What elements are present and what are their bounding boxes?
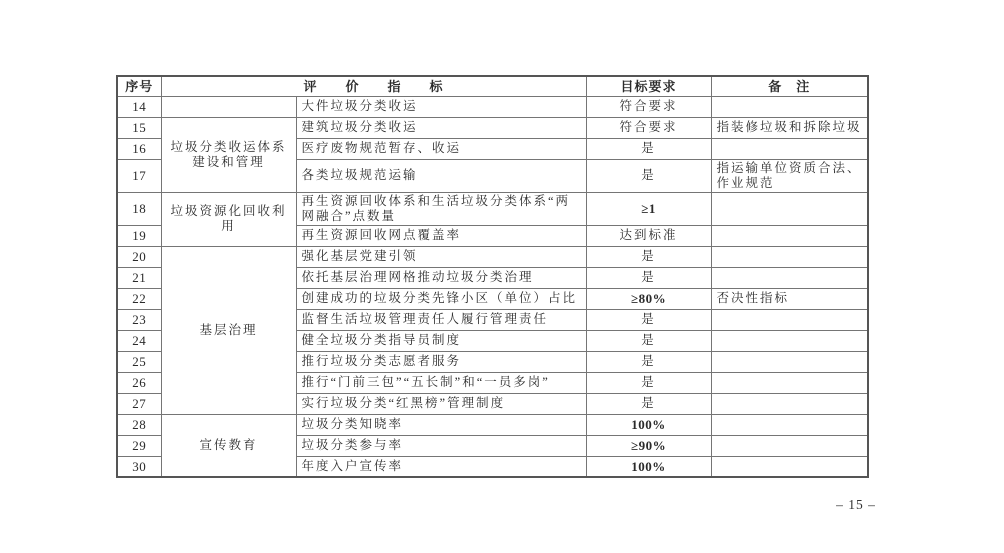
- seq-cell: 17: [117, 159, 161, 192]
- seq-cell: 30: [117, 456, 161, 477]
- indicator-cell: 实行垃圾分类“红黑榜”管理制度: [296, 393, 586, 414]
- target-cell: 是: [586, 351, 711, 372]
- target-cell: ≥90%: [586, 435, 711, 456]
- category-cell: 垃圾分类收运体系建设和管理: [161, 117, 296, 192]
- target-cell: 是: [586, 267, 711, 288]
- indicator-cell: 依托基层治理网格推动垃圾分类治理: [296, 267, 586, 288]
- indicator-cell: 垃圾分类知晓率: [296, 414, 586, 435]
- remark-cell: [711, 267, 868, 288]
- table-row: 14大件垃圾分类收运符合要求: [117, 96, 868, 117]
- table-body: 14大件垃圾分类收运符合要求15垃圾分类收运体系建设和管理建筑垃圾分类收运符合要…: [117, 96, 868, 477]
- table-row: 15垃圾分类收运体系建设和管理建筑垃圾分类收运符合要求指装修垃圾和拆除垃圾: [117, 117, 868, 138]
- seq-cell: 14: [117, 96, 161, 117]
- indicator-cell: 强化基层党建引领: [296, 246, 586, 267]
- remark-cell: 指装修垃圾和拆除垃圾: [711, 117, 868, 138]
- seq-cell: 27: [117, 393, 161, 414]
- target-cell: 是: [586, 309, 711, 330]
- seq-cell: 21: [117, 267, 161, 288]
- seq-cell: 15: [117, 117, 161, 138]
- header-row: 序号 评 价 指 标 目标要求 备 注: [117, 76, 868, 96]
- seq-cell: 23: [117, 309, 161, 330]
- target-cell: 是: [586, 138, 711, 159]
- indicator-cell: 各类垃圾规范运输: [296, 159, 586, 192]
- header-seq: 序号: [117, 76, 161, 96]
- target-cell: 达到标准: [586, 225, 711, 246]
- seq-cell: 26: [117, 372, 161, 393]
- seq-cell: 19: [117, 225, 161, 246]
- seq-cell: 22: [117, 288, 161, 309]
- seq-cell: 28: [117, 414, 161, 435]
- target-cell: 是: [586, 330, 711, 351]
- target-cell: ≥1: [586, 192, 711, 225]
- target-cell: 符合要求: [586, 96, 711, 117]
- target-cell: 是: [586, 393, 711, 414]
- document-page: 序号 评 价 指 标 目标要求 备 注 14大件垃圾分类收运符合要求15垃圾分类…: [0, 0, 1004, 553]
- category-cell: [161, 96, 296, 117]
- indicator-cell: 年度入户宣传率: [296, 456, 586, 477]
- seq-cell: 16: [117, 138, 161, 159]
- target-cell: 符合要求: [586, 117, 711, 138]
- category-cell: 垃圾资源化回收利用: [161, 192, 296, 246]
- target-cell: 是: [586, 372, 711, 393]
- target-cell: ≥80%: [586, 288, 711, 309]
- indicator-cell: 医疗废物规范暂存、收运: [296, 138, 586, 159]
- seq-cell: 25: [117, 351, 161, 372]
- indicator-cell: 再生资源回收体系和生活垃圾分类体系“两网融合”点数量: [296, 192, 586, 225]
- target-cell: 100%: [586, 414, 711, 435]
- category-cell: 宣传教育: [161, 414, 296, 477]
- header-indicator: 评 价 指 标: [161, 76, 586, 96]
- remark-cell: [711, 435, 868, 456]
- remark-cell: [711, 330, 868, 351]
- page-number: – 15 –: [816, 497, 896, 513]
- remark-cell: [711, 96, 868, 117]
- remark-cell: [711, 225, 868, 246]
- indicator-cell: 建筑垃圾分类收运: [296, 117, 586, 138]
- seq-cell: 29: [117, 435, 161, 456]
- indicator-cell: 监督生活垃圾管理责任人履行管理责任: [296, 309, 586, 330]
- evaluation-table: 序号 评 价 指 标 目标要求 备 注 14大件垃圾分类收运符合要求15垃圾分类…: [116, 75, 869, 478]
- indicator-cell: 推行“门前三包”“五长制”和“一员多岗”: [296, 372, 586, 393]
- remark-cell: [711, 246, 868, 267]
- table-row: 20基层治理强化基层党建引领是: [117, 246, 868, 267]
- seq-cell: 20: [117, 246, 161, 267]
- indicator-cell: 创建成功的垃圾分类先锋小区（单位）占比: [296, 288, 586, 309]
- remark-cell: [711, 351, 868, 372]
- seq-cell: 18: [117, 192, 161, 225]
- remark-cell: [711, 372, 868, 393]
- remark-cell: 指运输单位资质合法、作业规范: [711, 159, 868, 192]
- seq-cell: 24: [117, 330, 161, 351]
- category-cell: 基层治理: [161, 246, 296, 414]
- remark-cell: [711, 192, 868, 225]
- indicator-cell: 推行垃圾分类志愿者服务: [296, 351, 586, 372]
- table-row: 28宣传教育垃圾分类知晓率100%: [117, 414, 868, 435]
- remark-cell: [711, 456, 868, 477]
- remark-cell: [711, 414, 868, 435]
- target-cell: 是: [586, 159, 711, 192]
- target-cell: 是: [586, 246, 711, 267]
- indicator-cell: 再生资源回收网点覆盖率: [296, 225, 586, 246]
- indicator-cell: 垃圾分类参与率: [296, 435, 586, 456]
- table-row: 18垃圾资源化回收利用再生资源回收体系和生活垃圾分类体系“两网融合”点数量≥1: [117, 192, 868, 225]
- remark-cell: [711, 138, 868, 159]
- header-target: 目标要求: [586, 76, 711, 96]
- remark-cell: [711, 393, 868, 414]
- target-cell: 100%: [586, 456, 711, 477]
- indicator-cell: 健全垃圾分类指导员制度: [296, 330, 586, 351]
- indicator-cell: 大件垃圾分类收运: [296, 96, 586, 117]
- remark-cell: [711, 309, 868, 330]
- remark-cell: 否决性指标: [711, 288, 868, 309]
- header-remark: 备 注: [711, 76, 868, 96]
